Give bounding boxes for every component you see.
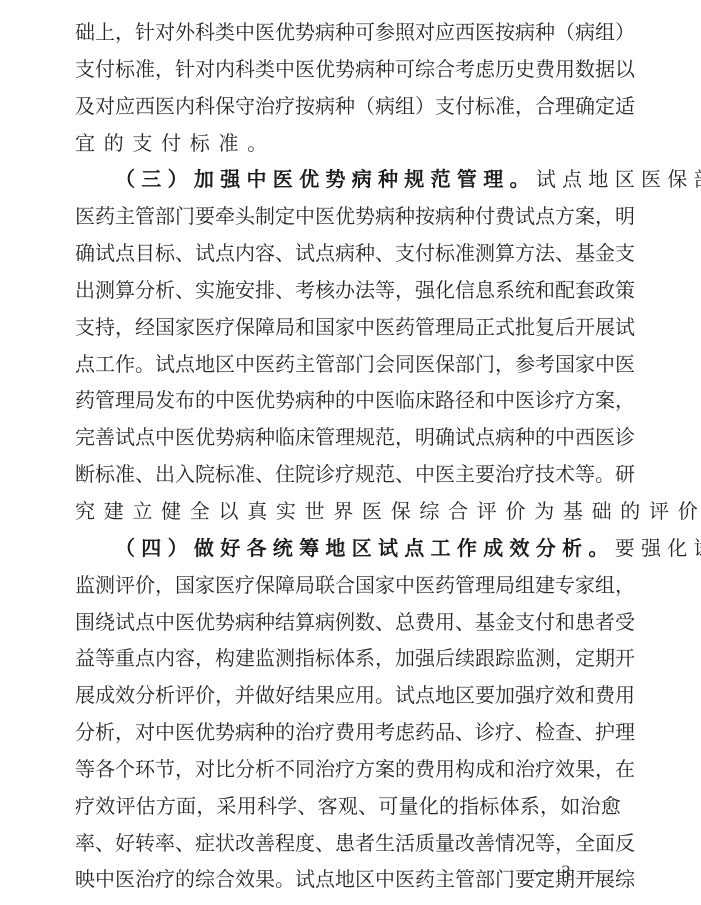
text-segment: 要强化试点实施 [615, 530, 701, 567]
text-line: 益等重点内容，构建监测指标体系，加强后续跟踪监测，定期开 [75, 640, 621, 677]
text-line: 础上，针对外科类中医优势病种可参照对应西医按病种（病组） [75, 14, 621, 51]
document-page: 础上，针对外科类中医优势病种可参照对应西医按病种（病组） 支付标准，针对内科类中… [0, 0, 701, 905]
text-line: 等各个环节，对比分析不同治疗方案的费用构成和治疗效果，在 [75, 751, 621, 788]
text-line: 监测评价，国家医疗保障局联合国家中医药管理局组建专家组， [75, 567, 621, 604]
text-line: 宜的支付标准。 [75, 125, 621, 162]
text-line: 点工作。试点地区中医药主管部门会同医保部门，参考国家中医 [75, 346, 621, 383]
text-line: 支付标准，针对内科类中医优势病种可综合考虑历史费用数据以 [75, 51, 621, 88]
text-line: 完善试点中医优势病种临床管理规范，明确试点病种的中西医诊 [75, 419, 621, 456]
section-heading: （四）做好各统筹地区试点工作成效分析。 [115, 530, 615, 567]
text-line: 及对应西医内科保守治疗按病种（病组）支付标准，合理确定适 [75, 88, 621, 125]
section-4-first-line: （四）做好各统筹地区试点工作成效分析。要强化试点实施 [75, 530, 621, 567]
text-line: 出测算分析、实施安排、考核办法等，强化信息系统和配套政策 [75, 272, 621, 309]
section-3-first-line: （三）加强中医优势病种规范管理。试点地区医保部门和中 [75, 161, 621, 198]
text-line: 究建立健全以真实世界医保综合评价为基础的评价办法。 [75, 493, 621, 530]
text-line: 展成效分析评价，并做好结果应用。试点地区要加强疗效和费用 [75, 677, 621, 714]
text-line: 支持，经国家医疗保障局和国家中医药管理局正式批复后开展试 [75, 309, 621, 346]
text-line: 疗效评估方面，采用科学、客观、可量化的指标体系，如治愈 [75, 788, 621, 825]
text-line: 医药主管部门要牵头制定中医优势病种按病种付费试点方案，明 [75, 198, 621, 235]
text-segment: 试点地区医保部门和中 [536, 161, 701, 198]
text-line: 分析，对中医优势病种的治疗费用考虑药品、诊疗、检查、护理 [75, 714, 621, 751]
text-line: 围绕试点中医优势病种结算病例数、总费用、基金支付和患者受 [75, 604, 621, 641]
text-line: 断标准、出入院标准、住院诊疗规范、中医主要治疗技术等。研 [75, 456, 621, 493]
text-line: 药管理局发布的中医优势病种的中医临床路径和中医诊疗方案， [75, 382, 621, 419]
text-line: 率、好转率、症状改善程度、患者生活质量改善情况等，全面反 [75, 825, 621, 862]
text-line: 确试点目标、试点内容、试点病种、支付标准测算方法、基金支 [75, 235, 621, 272]
document-body: 础上，针对外科类中医优势病种可参照对应西医按病种（病组） 支付标准，针对内科类中… [75, 14, 621, 898]
section-heading: （三）加强中医优势病种规范管理。 [115, 161, 536, 198]
page-number: — 3 — [530, 862, 604, 884]
